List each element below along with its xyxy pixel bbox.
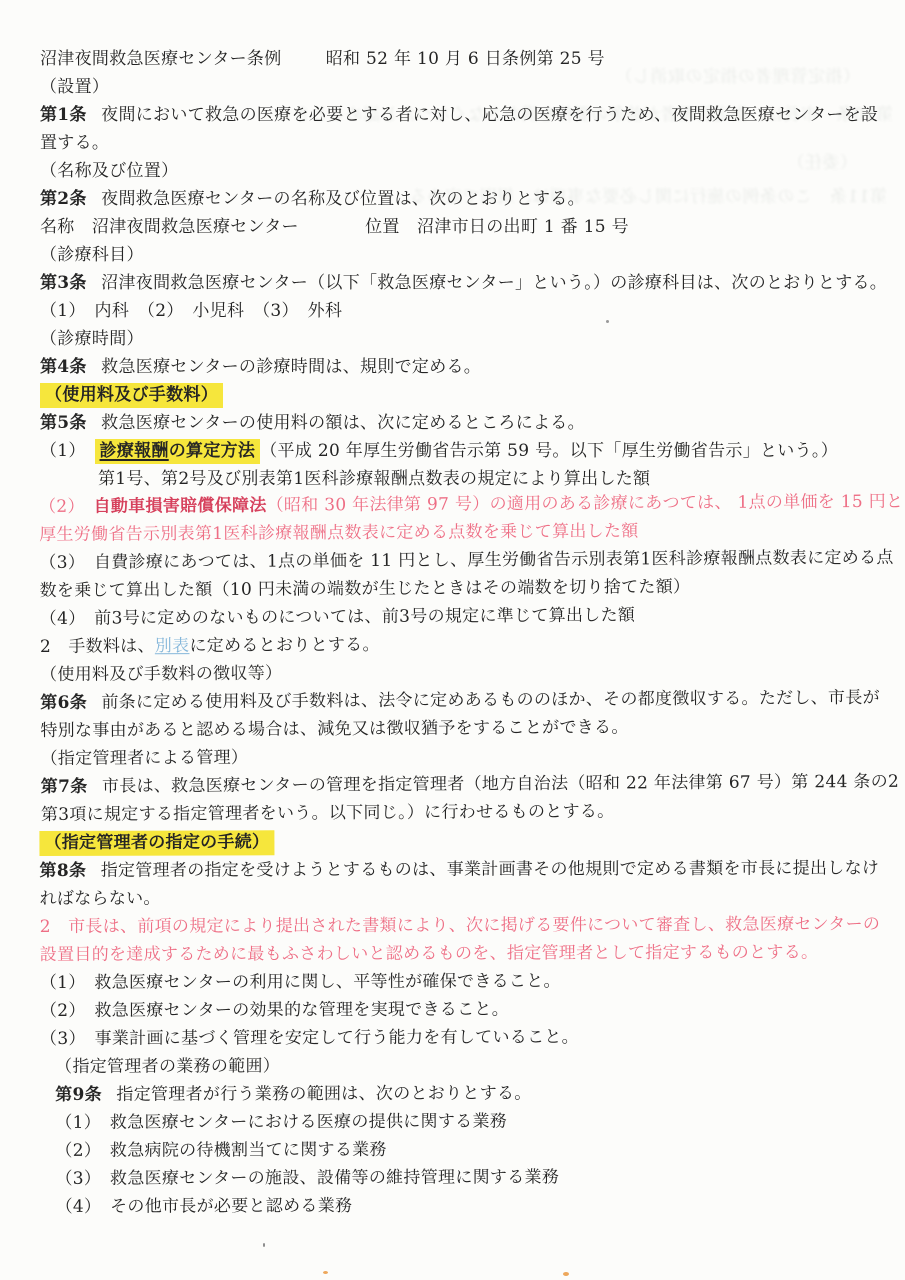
text-run: （1） 内科 （2） 小児科 （3） 外科 [40,301,342,321]
doc-line: （1） 内科 （2） 小児科 （3） 外科 [40,297,877,325]
text-run: （平成 20 年厚生労働省告示第 59 号。以下「厚生労働省告示」という。） [260,441,838,461]
text-run: （1） 救急医療センターにおける医療の提供に関する業務 [55,1112,507,1133]
text-run: 市長は、救急医療センターの管理を指定管理者（地方自治法（昭和 22 年法律第 6… [102,772,899,797]
text-run: （指定管理者の業務の範囲） [55,1056,280,1077]
article-number: 第4条 [40,357,87,377]
text-run: 指定管理者の指定を受けようとするものは、事業計画書その他規則で定める書類を市長に… [101,858,880,880]
item-1-line: （1） 救急医療センターにおける医療の提供に関する業務 [40,1106,877,1137]
highlighted-text: （使用料及び手数料） [40,383,223,408]
item-2-line: （2） 救急医療センターの効果的な管理を実現できること。 [40,994,877,1025]
text-run: 第3項に規定する指定管理者をいう。以下同じ。）に行わせるものとする。 [41,801,615,825]
section-heading-highlighted: （使用料及び手数料） [40,381,877,409]
scan-speck [606,320,609,323]
item-3-line: （3） 救急医療センターの施設、設備等の維持管理に関する業務 [40,1162,877,1193]
highlighted-text: の算定方法 [169,439,261,464]
center-name: 名称 沼津夜間救急医療センター [40,217,299,237]
text-run: 第1号、第2号及び別表第1医科診療報酬点数表の規定により算出した額 [98,469,650,489]
pink-paragraph-line: 2 市長は、前項の規定により提出された書類により、次に掲げる要件について審査し、… [40,910,877,941]
article-number: 第8条 [39,861,86,881]
item-1-line: （1） 診療報酬の算定方法（平成 20 年厚生労働省告示第 59 号。以下「厚生… [40,437,877,465]
article-8-line: 第8条指定管理者の指定を受けようとするものは、事業計画書その他規則で定める書類を… [39,854,876,885]
highlighted-underlined-text: 診療報酬 [95,439,169,464]
text-run: 夜間において救急の医療を必要とする者に対し、応急の医療を行うため、夜間救急医療セ… [101,105,878,125]
item-number: （2） [39,497,94,517]
pink-text-run: （昭和 30 年法律第 97 号）の適用のある診療にあつては、 1点の単価を 1… [267,492,905,516]
text-run: （3） 救急医療センターの施設、設備等の維持管理に関する業務 [55,1167,559,1189]
article-number: 第7条 [41,777,88,797]
text-run: 前条に定める使用料及び手数料は、法令に定めあるもののほか、その都度徴収する。ただ… [101,688,880,713]
section-heading: （指定管理者の業務の範囲） [40,1050,877,1081]
article-9-line: 第9条指定管理者が行う業務の範囲は、次のとおりとする。 [40,1078,877,1109]
ordinance-title-line: 沼津夜間救急医療センター条例昭和 52 年 10 月 6 日条例第 25 号 [40,45,877,73]
article-number: 第5条 [40,413,87,433]
text-run: （設置） [40,77,109,97]
center-location: 位置 沼津市日の出町 1 番 15 号 [365,217,629,237]
article-5-line: 第5条救急医療センターの使用料の額は、次に定めるところによる。 [40,409,877,437]
article-number: 第3条 [40,273,87,293]
text-run: 2 手数料は、 [40,636,155,657]
doc-line: ればならない。 [40,882,877,913]
highlighted-text: （指定管理者の指定の手続） [39,830,274,856]
section-heading: （診療時間） [40,325,877,353]
text-run: 数を乗じて算出した額（10 円未満の端数が生じたときはその端数を切り捨てた額） [40,577,691,601]
text-run: （使用料及び手数料の徴収等） [40,664,282,685]
beppyo-link[interactable]: 別表 [155,636,190,656]
text-run: （4） その他市長が必要と認める業務 [56,1196,353,1217]
section-heading-highlighted: （指定管理者の指定の手続） [39,826,876,857]
text-run: 特別な事由があると認める場合は、減免又は徴収猶予をすることができる。 [40,717,628,741]
section-heading: （設置） [40,73,877,101]
section-heading: （名称及び位置） [40,157,877,185]
article-number: 第9条 [55,1085,102,1105]
doc-line: 置する。 [40,129,877,157]
article-2-line: 第2条夜間救急医療センターの名称及び位置は、次のとおりとする。 [40,185,877,213]
text-run: （4） 前3号に定めのないものについては、前3号の規定に準じて算出した額 [40,605,636,629]
scan-speck [263,1243,265,1247]
doc-line: 第3項に規定する指定管理者をいう。以下同じ。）に行わせるものとする。 [41,796,878,829]
item-3-line: （3） 事業計画に基づく管理を安定して行う能力を有していること。 [40,1022,877,1053]
text-run: （指定管理者による管理） [41,748,249,769]
name-location-line: 名称 沼津夜間救急医療センター位置 沼津市日の出町 1 番 15 号 [40,213,877,241]
text-run: 救急医療センターの使用料の額は、次に定めるところによる。 [101,413,585,433]
section-heading: （診療科目） [40,241,877,269]
text-run: （3） 事業計画に基づく管理を安定して行う能力を有していること。 [40,1027,579,1049]
pink-text-run: 設置目的を達成するために最もふさわしいと認めるものを、指定管理者として指定するも… [40,943,819,965]
scanned-document-page: （指定管理者の指定の取消し） 第10条 市長は、指定管理者が前条の要件を満たさな… [0,0,905,1280]
text-run: （診療時間） [40,329,144,349]
text-run: （1） 救急医療センターの利用に関し、平等性が確保できること。 [40,971,561,993]
item-2-line: （2） 救急病院の待機割当てに関する業務 [40,1134,877,1165]
article-1-line: 第1条夜間において救急の医療を必要とする者に対し、応急の医療を行うため、夜間救急… [40,101,877,129]
law-reference-red: 自動車損害賠償保障法 [94,496,267,517]
text-run: 夜間救急医療センターの名称及び位置は、次のとおりとする。 [101,189,585,209]
text-run: 指定管理者が行う業務の範囲は、次のとおりとする。 [116,1083,531,1104]
item-number: （1） [40,441,95,461]
item-1-line: （1） 救急医療センターの利用に関し、平等性が確保できること。 [40,966,877,997]
article-number: 第6条 [40,693,87,713]
text-run: ればならない。 [40,889,161,909]
pink-text-run: 厚生労働省告示別表第1医科診療報酬点数表に定める点数を乗じて算出した額 [39,521,638,545]
pink-paragraph-line: 設置目的を達成するために最もふさわしいと認めるものを、指定管理者として指定するも… [40,938,877,969]
text-run: （診療科目） [40,245,144,265]
article-number: 第2条 [40,189,87,209]
ordinance-title: 沼津夜間救急医療センター条例 [40,49,282,69]
ordinance-number: 昭和 52 年 10 月 6 日条例第 25 号 [326,49,605,69]
scan-speck [563,1272,569,1276]
text-run: に定めるとおりとする。 [189,635,379,656]
text-run: （2） 救急医療センターの効果的な管理を実現できること。 [40,1000,509,1021]
text-run: 置する。 [40,133,109,153]
text-run: （名称及び位置） [40,161,178,181]
scan-speck [323,1271,328,1274]
text-run: （3） 自費診療にあつては、1点の単価を 11 円とし、厚生労働省告示別表第1医… [39,548,893,573]
item-4-line: （4） その他市長が必要と認める業務 [41,1190,878,1221]
text-run: 救急医療センターの診療時間は、規則で定める。 [101,357,481,377]
article-4-line: 第4条救急医療センターの診療時間は、規則で定める。 [40,353,877,381]
text-run: 沼津夜間救急医療センター（以下「救急医療センター」という。）の診療科目は、次のと… [101,273,887,293]
text-run: （2） 救急病院の待機割当てに関する業務 [55,1140,386,1161]
article-number: 第1条 [40,105,87,125]
article-3-line: 第3条沼津夜間救急医療センター（以下「救急医療センター」という。）の診療科目は、… [40,269,877,297]
pink-text-run: 2 市長は、前項の規定により提出された書類により、次に掲げる要件について審査し、… [40,914,881,937]
